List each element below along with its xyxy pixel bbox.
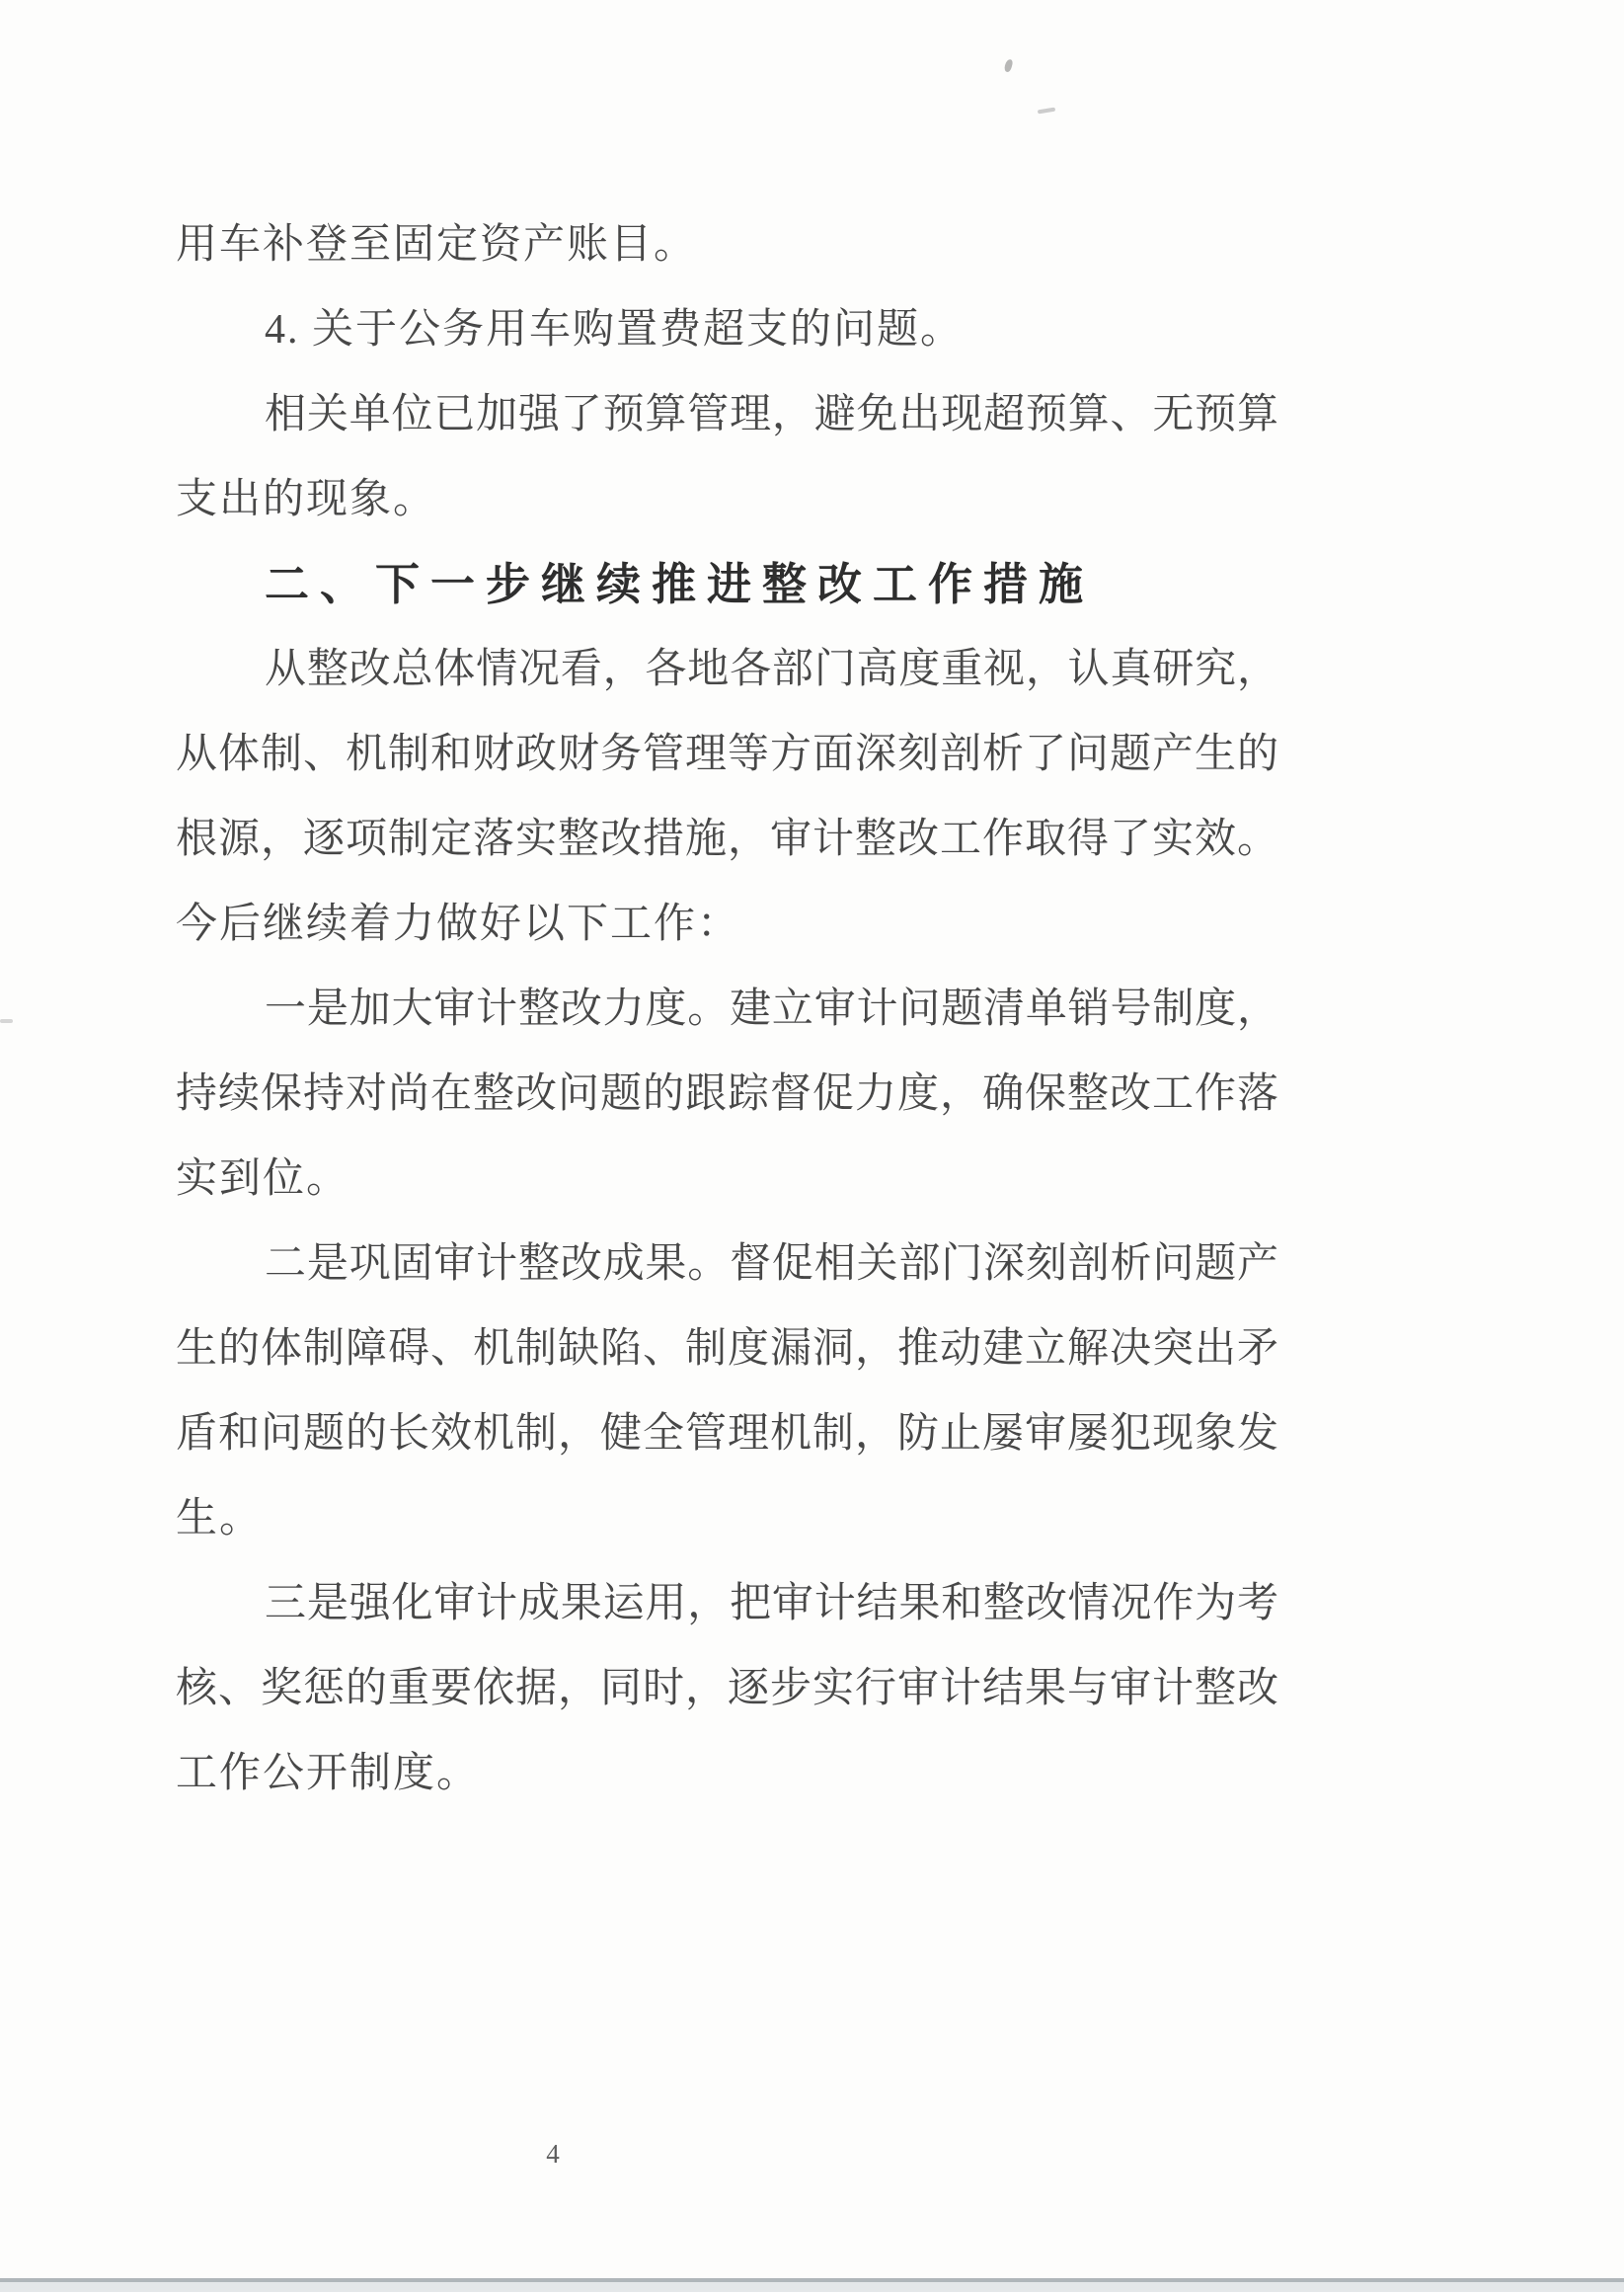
text-line: 生的体制障碍、机制缺陷、制度漏洞，推动建立解决突出矛 bbox=[176, 1306, 1278, 1391]
text-line: 生。 bbox=[176, 1476, 1278, 1561]
document-page: 用车补登至固定资产账目。4. 关于公务用车购置费超支的问题。相关单位已加强了预算… bbox=[0, 0, 1624, 2292]
scan-bottom-shadow bbox=[0, 2282, 1624, 2292]
text-line: 持续保持对尚在整改问题的跟踪督促力度，确保整改工作落 bbox=[176, 1052, 1278, 1137]
page-number: 4 bbox=[533, 2139, 573, 2170]
text-line: 二、下一步继续推进整改工作措施 bbox=[176, 542, 1278, 627]
text-line: 支出的现象。 bbox=[176, 457, 1278, 542]
text-line: 盾和问题的长效机制，健全管理机制，防止屡审屡犯现象发 bbox=[176, 1391, 1278, 1476]
text-line: 用车补登至固定资产账目。 bbox=[176, 202, 1278, 287]
text-line: 根源，逐项制定落实整改措施，审计整改工作取得了实效。 bbox=[176, 797, 1278, 882]
text-line: 相关单位已加强了预算管理，避免出现超预算、无预算 bbox=[176, 372, 1278, 457]
text-line: 核、奖惩的重要依据，同时，逐步实行审计结果与审计整改 bbox=[176, 1646, 1278, 1731]
text-line: 4. 关于公务用车购置费超支的问题。 bbox=[176, 287, 1278, 372]
text-line: 从整改总体情况看，各地各部门高度重视，认真研究， bbox=[176, 627, 1278, 712]
document-body: 用车补登至固定资产账目。4. 关于公务用车购置费超支的问题。相关单位已加强了预算… bbox=[176, 202, 1278, 1816]
text-line: 工作公开制度。 bbox=[176, 1731, 1278, 1816]
text-line: 从体制、机制和财政财务管理等方面深刻剖析了问题产生的 bbox=[176, 712, 1278, 797]
scan-speck-icon bbox=[1004, 58, 1014, 72]
scan-edge-tick-icon bbox=[0, 1019, 13, 1023]
text-line: 三是强化审计成果运用，把审计结果和整改情况作为考 bbox=[176, 1561, 1278, 1646]
text-line: 实到位。 bbox=[176, 1137, 1278, 1222]
text-line: 一是加大审计整改力度。建立审计问题清单销号制度， bbox=[176, 967, 1278, 1052]
scan-dash-icon bbox=[1038, 108, 1055, 115]
text-line: 二是巩固审计整改成果。督促相关部门深刻剖析问题产 bbox=[176, 1222, 1278, 1306]
text-line: 今后继续着力做好以下工作： bbox=[176, 882, 1278, 967]
